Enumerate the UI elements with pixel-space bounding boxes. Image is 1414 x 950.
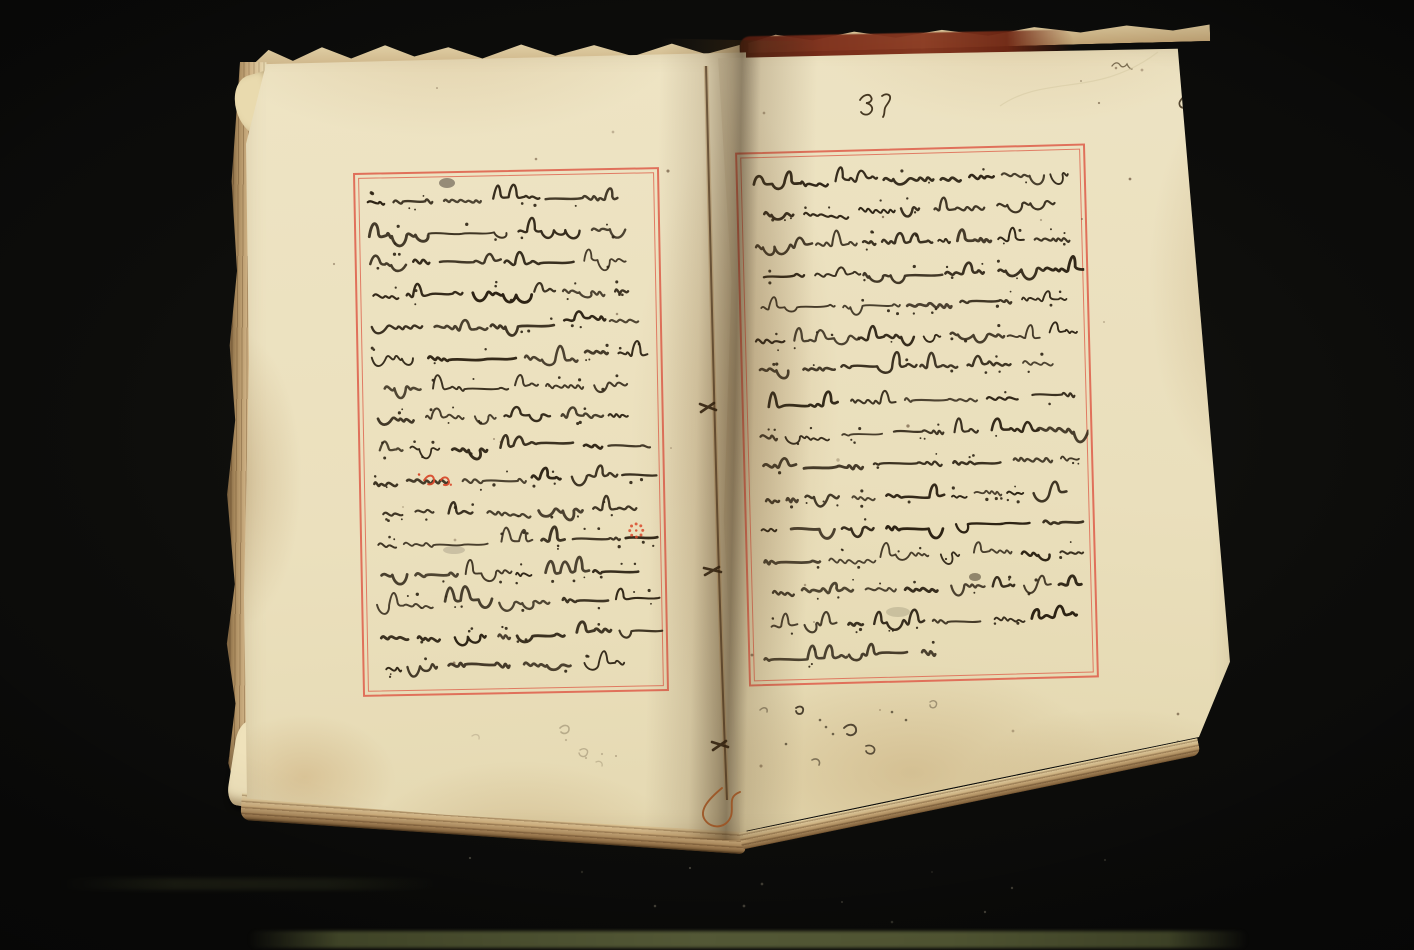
text-line bbox=[383, 495, 637, 523]
manuscript-photo bbox=[0, 0, 1414, 950]
bottom-faint-band bbox=[60, 878, 440, 890]
text-line bbox=[368, 183, 618, 212]
left-page bbox=[244, 50, 746, 832]
text-line bbox=[753, 161, 1068, 192]
text-line bbox=[372, 310, 639, 338]
text-line bbox=[756, 224, 1070, 255]
text-line bbox=[764, 538, 1083, 571]
stray-fiber bbox=[1000, 52, 1158, 106]
text-line bbox=[768, 385, 1074, 413]
margin-marks bbox=[760, 701, 937, 765]
right-page-frame bbox=[735, 144, 1099, 687]
right-page bbox=[716, 44, 1232, 836]
handwritten-text-block bbox=[751, 161, 1094, 669]
left-page-frame bbox=[353, 167, 669, 697]
text-line bbox=[374, 464, 657, 492]
text-line bbox=[381, 556, 638, 587]
text-line bbox=[377, 583, 660, 615]
text-line bbox=[764, 193, 1055, 221]
text-line bbox=[378, 403, 628, 429]
text-line bbox=[371, 341, 648, 369]
text-line bbox=[373, 278, 628, 306]
small-ink-squiggle bbox=[1112, 63, 1132, 69]
text-line bbox=[386, 651, 624, 678]
margin-marks bbox=[472, 725, 603, 766]
text-line bbox=[764, 641, 935, 669]
text-line bbox=[370, 248, 626, 275]
text-line bbox=[380, 433, 651, 461]
left-page-writing bbox=[357, 171, 665, 693]
text-line bbox=[384, 372, 627, 399]
dust-specks bbox=[469, 857, 1106, 923]
text-line bbox=[756, 321, 1078, 352]
handwritten-text-block bbox=[368, 182, 663, 678]
text-line bbox=[773, 573, 1082, 602]
bottom-light-band bbox=[248, 931, 1248, 948]
text-line bbox=[761, 289, 1067, 318]
text-line bbox=[378, 525, 657, 553]
folio-number bbox=[860, 94, 890, 117]
text-line bbox=[369, 216, 626, 246]
text-line bbox=[763, 449, 1079, 474]
text-line bbox=[761, 512, 1083, 542]
right-page-writing bbox=[739, 148, 1095, 683]
text-line bbox=[766, 481, 1067, 510]
text-line bbox=[771, 605, 1077, 635]
text-line bbox=[760, 348, 1053, 380]
text-line bbox=[760, 415, 1088, 450]
text-line bbox=[764, 256, 1084, 286]
text-line bbox=[381, 620, 662, 647]
